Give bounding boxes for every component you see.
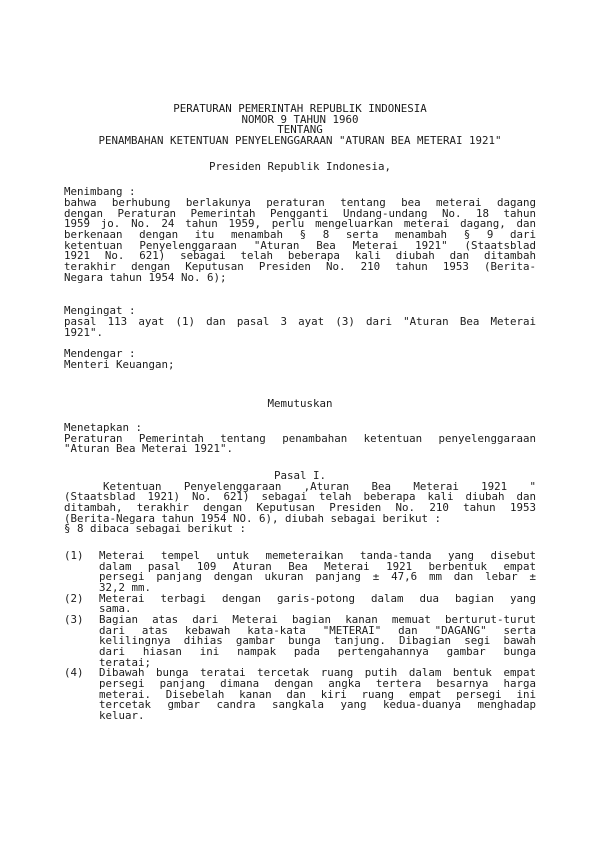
- text-line: Memutuskan: [64, 399, 536, 410]
- text-line: "Aturan Bea Meterai 1921".: [64, 444, 536, 455]
- memutuskan-heading: Memutuskan: [64, 399, 536, 410]
- list-item: (1)Meterai tempel untuk memeteraikan tan…: [64, 551, 536, 594]
- mendengar-body: Menteri Keuangan;: [64, 360, 536, 371]
- text-line: PENAMBAHAN KETENTUAN PENYELENGGARAAN "AT…: [64, 136, 536, 147]
- text-line: pasal 113 ayat (1) dan pasal 3 ayat (3) …: [64, 317, 536, 328]
- text-line: Meterai terbagi dengan garis-potong dala…: [99, 594, 536, 605]
- section-list: (1)Meterai tempel untuk memeteraikan tan…: [64, 551, 536, 722]
- document-page: PERATURAN PEMERINTAH REPUBLIK INDONESIAN…: [0, 0, 595, 842]
- title: PERATURAN PEMERINTAH REPUBLIK INDONESIAN…: [64, 104, 536, 147]
- text-line: keluar.: [99, 711, 536, 722]
- menetapkan-body: Peraturan Pemerintah tentang penambahan …: [64, 434, 536, 455]
- text-line: Negara tahun 1954 No. 6);: [64, 273, 536, 284]
- text-line: persegi panjang dengan ukuran panjang ± …: [99, 572, 536, 583]
- text-line: § 8 dibaca sebagai berikut :: [64, 524, 536, 535]
- list-item-marker: (1): [64, 551, 84, 562]
- text-line: 1921".: [64, 328, 536, 339]
- text-line: dari hiasan ini nampak pada pertengahann…: [99, 647, 536, 658]
- list-item-marker: (2): [64, 594, 84, 605]
- menimbang-body: bahwa berhubung berlakunya peraturan ten…: [64, 198, 536, 283]
- list-item-marker: (4): [64, 668, 84, 679]
- list-item: (2)Meterai terbagi dengan garis-potong d…: [64, 594, 536, 615]
- list-item-marker: (3): [64, 615, 84, 626]
- list-item: (4)Dibawah bunga teratai tercetak ruang …: [64, 668, 536, 721]
- mengingat-body: pasal 113 ayat (1) dan pasal 3 ayat (3) …: [64, 317, 536, 338]
- text-line: Menteri Keuangan;: [64, 360, 536, 371]
- text-line: tercetak gmbar candra sangkala yang kedu…: [99, 700, 536, 711]
- pasal-body: Ketentuan Penyelenggaraan ,Aturan Bea Me…: [64, 482, 536, 535]
- salutation: Presiden Republik Indonesia,: [64, 162, 536, 173]
- text-line: Presiden Republik Indonesia,: [64, 162, 536, 173]
- list-item: (3)Bagian atas dari Meterai bagian kanan…: [64, 615, 536, 668]
- document-body: PERATURAN PEMERINTAH REPUBLIK INDONESIAN…: [64, 104, 536, 722]
